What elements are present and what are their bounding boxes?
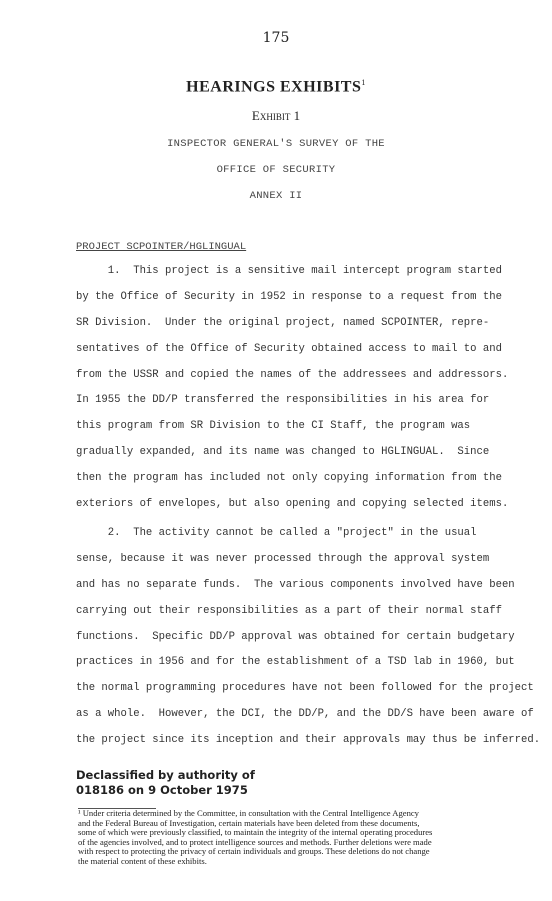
survey-heading: INSPECTOR GENERAL'S SURVEY OF THE bbox=[0, 138, 552, 150]
text-line: by the Office of Security in 1952 in res… bbox=[76, 285, 546, 311]
paragraph-2: 2. The activity cannot be called a "proj… bbox=[76, 521, 546, 754]
annex-heading: ANNEX II bbox=[0, 190, 552, 202]
exhibit-label: Exhibit 1 bbox=[0, 108, 552, 124]
text-line: from the USSR and copied the names of th… bbox=[76, 363, 546, 389]
text-line: gradually expanded, and its name was cha… bbox=[76, 440, 546, 466]
footnote: ¹ Under criteria determined by the Commi… bbox=[78, 809, 530, 866]
declassification-line: Declassified by authority of bbox=[76, 768, 255, 783]
text-line: then the program has included not only c… bbox=[76, 466, 546, 492]
paragraph-1: 1. This project is a sensitive mail inte… bbox=[76, 259, 546, 518]
text-line: 2. The activity cannot be called a "proj… bbox=[76, 521, 546, 547]
declassification-line: 018186 on 9 October 1975 bbox=[76, 783, 255, 798]
text-line: sentatives of the Office of Security obt… bbox=[76, 337, 546, 363]
office-heading: OFFICE OF SECURITY bbox=[0, 164, 552, 176]
footnote-line: the material content of these exhibits. bbox=[78, 857, 530, 867]
title-text: HEARINGS EXHIBITS bbox=[186, 78, 361, 95]
text-line: practices in 1956 and for the establishm… bbox=[76, 650, 546, 676]
text-line: the project since its inception and thei… bbox=[76, 728, 546, 754]
text-line: exteriors of envelopes, but also opening… bbox=[76, 492, 546, 518]
text-line: the normal programming procedures have n… bbox=[76, 676, 546, 702]
project-heading: PROJECT SCPOINTER/HGLINGUAL bbox=[76, 241, 246, 253]
text-line: 1. This project is a sensitive mail inte… bbox=[76, 259, 546, 285]
text-line: functions. Specific DD/P approval was ob… bbox=[76, 625, 546, 651]
page-number: 175 bbox=[0, 30, 552, 46]
title-footnote-marker: 1 bbox=[361, 78, 366, 87]
text-line: SR Division. Under the original project,… bbox=[76, 311, 546, 337]
text-line: sense, because it was never processed th… bbox=[76, 547, 546, 573]
text-line: and has no separate funds. The various c… bbox=[76, 573, 546, 599]
text-line: In 1955 the DD/P transferred the respons… bbox=[76, 388, 546, 414]
text-line: this program from SR Division to the CI … bbox=[76, 414, 546, 440]
text-line: as a whole. However, the DCI, the DD/P, … bbox=[76, 702, 546, 728]
declassification-note: Declassified by authority of 018186 on 9… bbox=[76, 768, 255, 798]
text-line: carrying out their responsibilities as a… bbox=[76, 599, 546, 625]
page-title: HEARINGS EXHIBITS1 bbox=[0, 78, 552, 96]
